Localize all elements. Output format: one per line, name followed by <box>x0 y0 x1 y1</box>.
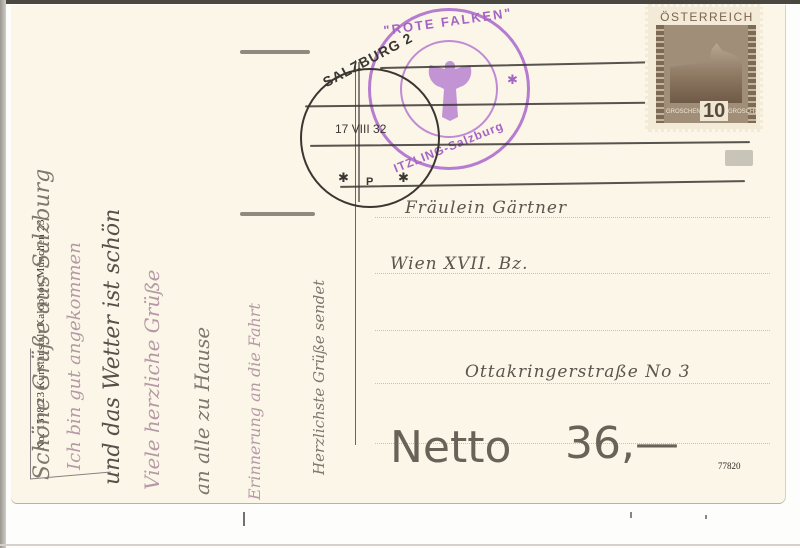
stamp-country: ÖSTERREICH <box>654 10 760 24</box>
address-line-3: Ottakringerstraße No 3 <box>465 362 691 382</box>
ink-smudge <box>240 212 315 216</box>
message-line: Viele herzliche Grüße <box>140 270 164 490</box>
scan-left-edge <box>0 0 6 548</box>
star-icon: ✱ <box>507 72 518 88</box>
scan-bottom-edge <box>0 544 800 546</box>
speck <box>705 515 707 519</box>
stamp-image: GROSCHEN 10 GROSCHEN <box>656 25 756 123</box>
stamp-currency-left: GROSCHEN <box>666 109 701 115</box>
message-line: an alle zu Hause <box>190 327 214 495</box>
castle-icon <box>670 43 742 103</box>
address-rule <box>375 383 770 384</box>
pencil-bracket <box>30 341 111 479</box>
star-icon: ✱ <box>338 170 349 186</box>
postage-stamp: ÖSTERREICH GROSCHEN 10 GROSCHEN <box>645 4 763 132</box>
speck <box>630 512 632 518</box>
ink-smudge <box>240 50 310 54</box>
stamp-border <box>656 25 664 123</box>
serial-number: 77820 <box>718 461 741 471</box>
stamp-currency-right: GROSCHEN <box>728 109 763 115</box>
address-line-1: Fräulein Gärtner <box>405 198 567 218</box>
speck <box>243 512 245 526</box>
address-rule <box>375 330 770 331</box>
star-icon: ✱ <box>398 170 409 186</box>
pencil-note-amount: 36,— <box>565 418 679 469</box>
address-line-2: Wien XVII. Bz. <box>390 254 529 274</box>
ink-smudge <box>725 150 753 166</box>
stamp-value: 10 <box>700 101 728 121</box>
message-line: Herzlichste Grüße sendet <box>310 280 328 475</box>
postmark-bar <box>358 62 360 202</box>
postmark-date: 17 VIII 32 <box>335 122 386 136</box>
pencil-note-text: Netto <box>390 422 511 473</box>
message-line: Erinnerung an die Fahrt <box>245 303 264 500</box>
